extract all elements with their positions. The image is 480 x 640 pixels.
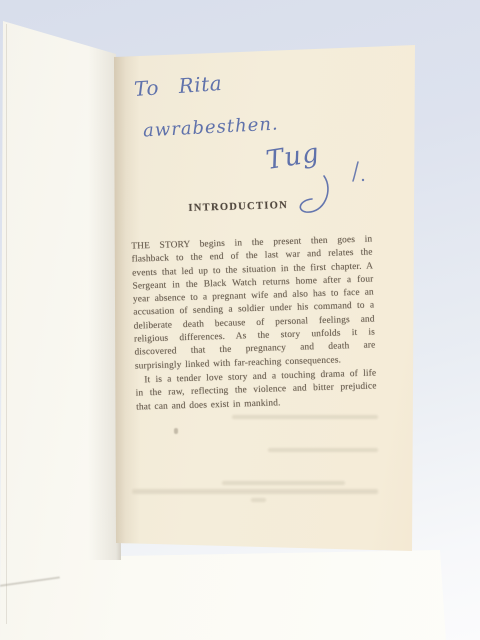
cover-left-edge — [6, 24, 7, 624]
photo-backdrop: INTRODUCTION THE STORY begins in the pre… — [0, 0, 480, 640]
signature-flourish — [258, 150, 378, 230]
intro-paragraph-1: THE STORY begins in the present then goe… — [131, 233, 376, 373]
intro-paragraph-2: It is a tender love story and a touching… — [135, 367, 377, 414]
cover-bottom-crease — [0, 576, 60, 587]
